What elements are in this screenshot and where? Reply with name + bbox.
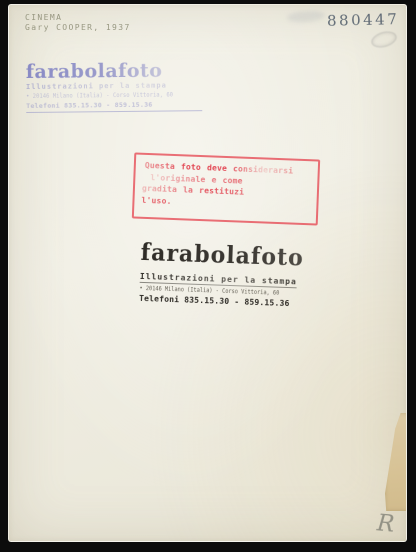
agency-stamp-black: farabolafoto Illustrazioni per la stampa… <box>139 240 321 309</box>
typed-caption: CINEMA Gary COOPER, 1937 <box>25 13 131 33</box>
return-notice-stamp: Questa foto deve considerarsi l'original… <box>132 152 320 225</box>
agency-address-purple: • 20146 Milano (Italia) - Corso Vittoria… <box>26 91 197 100</box>
pencil-mark-r: R <box>376 510 396 537</box>
photo-backdrop: CINEMA Gary COOPER, 1937 880447 farabola… <box>0 0 416 552</box>
agency-stamp-purple: farabolafoto Illustrazioni per la stampa… <box>26 60 217 113</box>
agency-phones-purple: Telefoni 835.15.30 - 859.15.36 <box>26 100 216 110</box>
agency-name-purple: farabolafoto <box>26 60 216 82</box>
stamp-rule-line <box>26 110 202 113</box>
caption-subject: Gary COOPER, 1937 <box>25 23 131 33</box>
faint-ink-smudge <box>287 10 326 24</box>
faint-oval-mark <box>369 29 398 51</box>
agency-tagline-purple: Illustrazioni per la stampa <box>26 81 216 91</box>
caption-category: CINEMA <box>25 13 131 23</box>
tape-remnant <box>385 413 407 511</box>
photo-back-paper: CINEMA Gary COOPER, 1937 880447 farabola… <box>8 4 407 542</box>
serial-number-stamp: 880447 <box>327 10 400 30</box>
